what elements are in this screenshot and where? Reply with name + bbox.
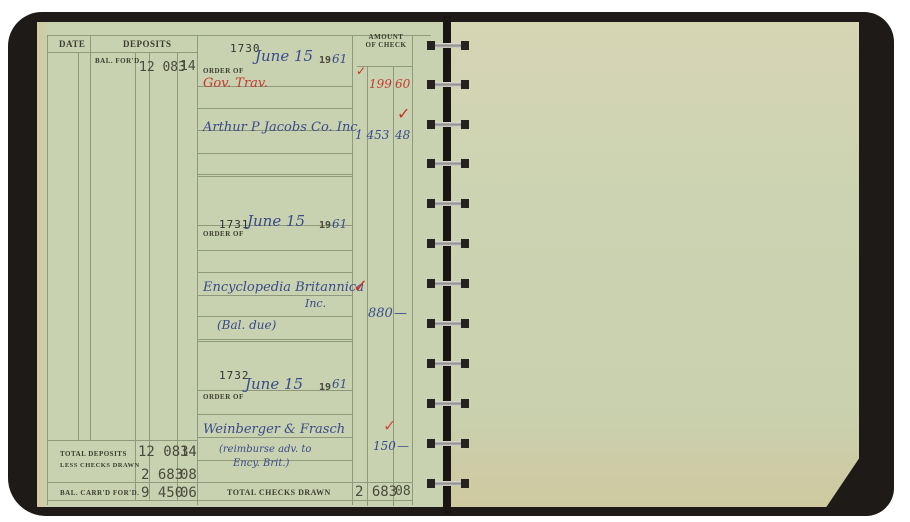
spiral-ring-icon (427, 479, 469, 488)
total-checks-drawn-label: TOTAL CHECKS DRAWN (227, 488, 331, 497)
amount-of-check-header: AMOUNT OF CHECK (364, 33, 408, 49)
spiral-ring-icon (427, 359, 469, 368)
payee-amount-dollars: 150 (373, 439, 396, 453)
spiral-ring-icon (427, 41, 469, 50)
less-checks-drawn-dollars: 2 683 (141, 467, 183, 483)
spiral-ring-icon (427, 120, 469, 129)
check-year-prefix: 19 (319, 220, 331, 231)
bal-forwarded-label: BAL. FOR'D. (95, 57, 142, 65)
payee-amount-dollars: 1 453 (355, 128, 389, 142)
spiral-ring-icon (427, 399, 469, 408)
spiral-ring-icon (427, 80, 469, 89)
spiral-ring-icon (427, 439, 469, 448)
bal-carried-forward-cents: 06 (180, 485, 197, 501)
payee-amount-cents: 48 (395, 128, 410, 142)
payee-name: Gov. Trav. (203, 76, 268, 91)
payee-amount-cents: — (394, 306, 407, 321)
payee-memo-line2: Ency. Brit.) (233, 458, 289, 469)
total-deposits-cents: 14 (180, 444, 197, 460)
payee-name: Encyclopedia Britannica (203, 280, 364, 295)
amount-header-line1: AMOUNT (364, 33, 408, 41)
payee-amount-dollars: 880 (368, 306, 393, 321)
bal-carried-forward-label: BAL. CARR'D FOR'D. (60, 489, 139, 497)
check-mark-icon: ✓ (356, 64, 366, 78)
payee-name: Weinberger & Frasch (203, 422, 345, 437)
spiral-ring-icon (427, 319, 469, 328)
bal-forwarded-cents: 14 (180, 59, 196, 74)
less-checks-drawn-cents: 08 (180, 467, 197, 483)
less-checks-drawn-label: LESS CHECKS DRAWN (60, 462, 140, 469)
amount-header-line2: OF CHECK (364, 41, 408, 49)
payee-name: Arthur P Jacobs Co. Inc. (203, 120, 362, 135)
check-mark-icon: ✓ (353, 276, 368, 297)
check-year-suffix: 61 (332, 377, 347, 391)
spiral-ring-icon (427, 279, 469, 288)
check-year-prefix: 19 (319, 382, 331, 393)
payee-amount-cents: 60 (395, 77, 410, 91)
check-date: June 15 (245, 375, 303, 393)
check-year-prefix: 19 (319, 55, 331, 66)
spiral-ring-icon (427, 239, 469, 248)
total-checks-drawn-cents: 08 (395, 484, 411, 499)
order-of-label: ORDER OF (203, 393, 244, 401)
deposits-header: DEPOSITS (123, 39, 172, 49)
check-year-suffix: 61 (332, 217, 347, 231)
payee-amount-cents: — (397, 439, 409, 453)
check-date: June 15 (255, 47, 313, 65)
bal-carried-forward-dollars: 9 450 (141, 485, 183, 501)
check-mark-icon: ✓ (397, 104, 410, 123)
order-of-label: ORDER OF (203, 67, 244, 75)
spiral-ring-icon (427, 159, 469, 168)
payee-memo: (reimburse adv. to (219, 444, 311, 455)
check-date: June 15 (247, 212, 305, 230)
check-year-suffix: 61 (332, 52, 347, 66)
check-register-page: DATE DEPOSITS AMOUNT OF CHECK BAL. FOR'D… (37, 22, 444, 507)
check-mark-icon: ✓ (383, 416, 396, 435)
payee-amount-dollars: 199 (369, 77, 392, 91)
payee-memo: (Bal. due) (217, 318, 276, 332)
blank-right-page (451, 22, 859, 507)
bal-forwarded-dollars: 12 083 (139, 60, 186, 75)
spiral-ring-icon (427, 199, 469, 208)
order-of-label: ORDER OF (203, 230, 244, 238)
total-deposits-label: TOTAL DEPOSITS (60, 450, 127, 458)
payee-name-line2: Inc. (305, 297, 326, 310)
total-checks-drawn-dollars: 2 683 (355, 484, 397, 500)
date-header: DATE (59, 39, 85, 49)
